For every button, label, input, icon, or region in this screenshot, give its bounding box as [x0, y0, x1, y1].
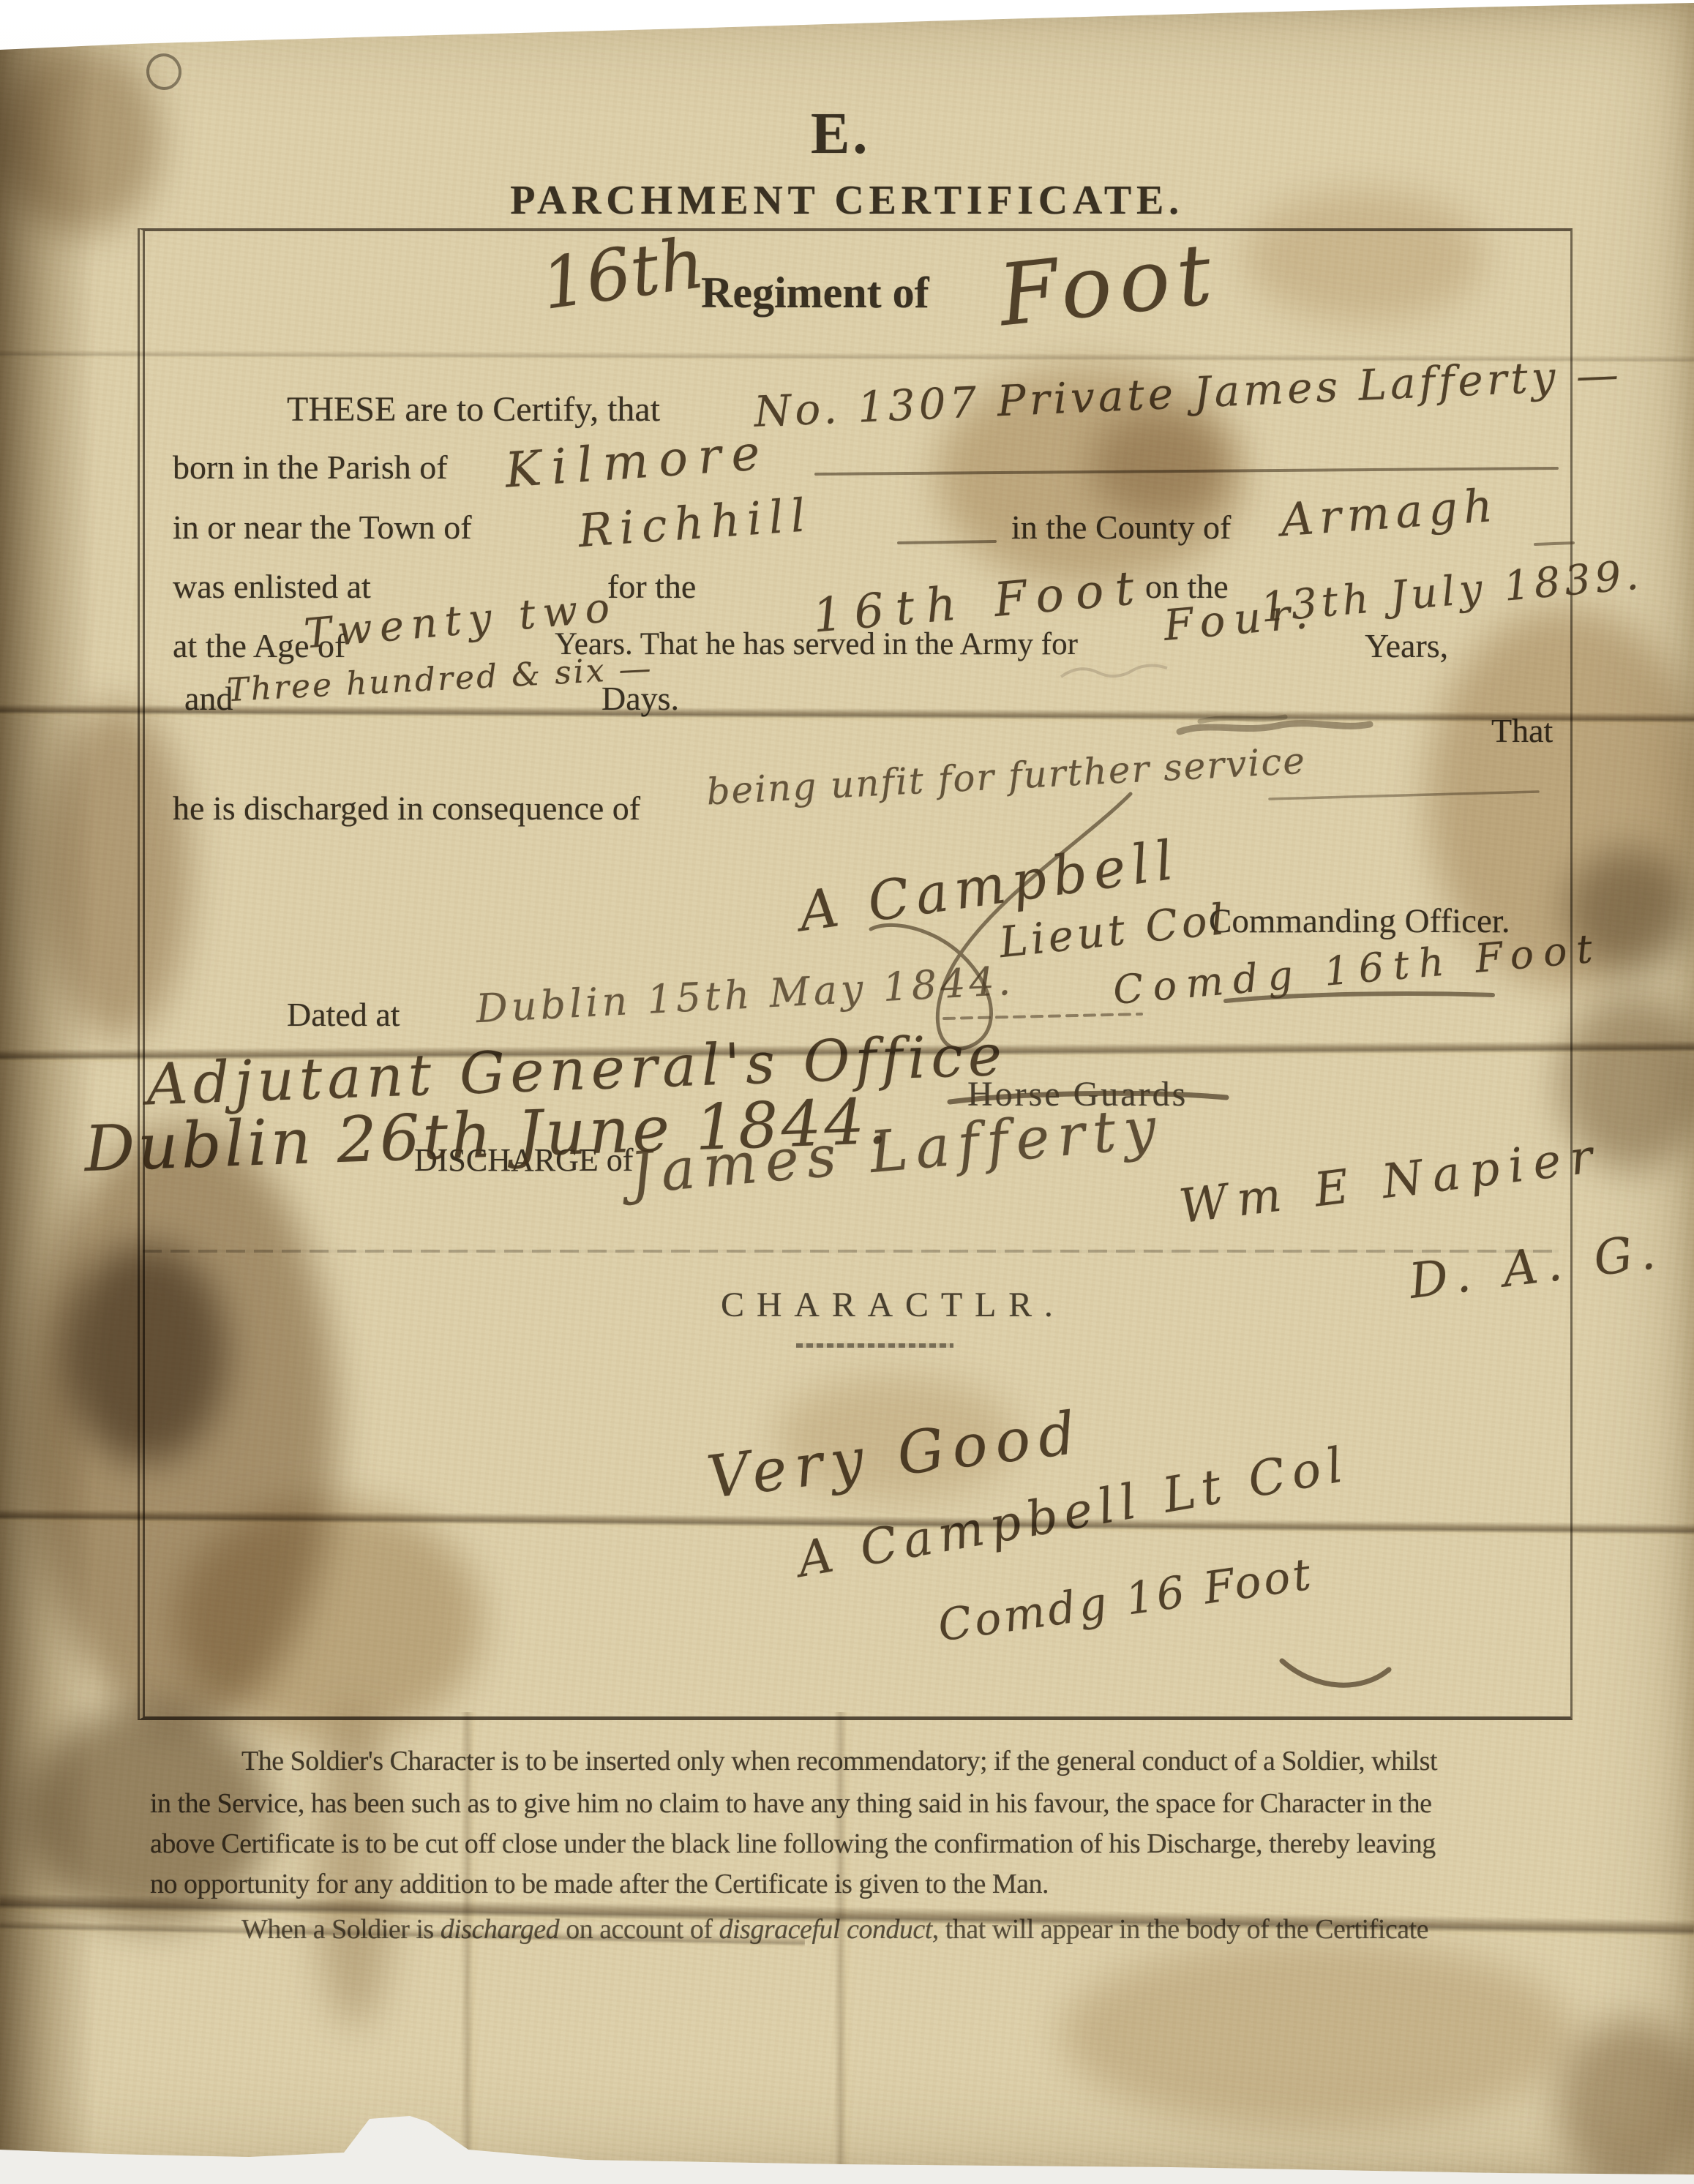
punch-hole: [144, 51, 184, 92]
scanned-certificate-page: E. PARCHMENT CERTIFICATE. Regiment of TH…: [0, 0, 1694, 2184]
dated-at-label: Dated at: [287, 995, 400, 1034]
footer-line-1: The Soldier's Character is to be inserte…: [241, 1745, 1437, 1777]
note-mid: on account of: [559, 1914, 719, 1945]
years-label: Years,: [1365, 626, 1448, 665]
footer-line-2: in the Service, has been such as to give…: [150, 1787, 1431, 1820]
commanding-officer-label: Commanding Officer.: [1209, 901, 1510, 941]
character-heading: CHARACTLR.: [721, 1285, 1065, 1325]
stain-corner-top-left: [0, 44, 161, 234]
enlisted-label: was enlisted at: [173, 567, 371, 606]
confirmation-rule: [143, 1250, 1559, 1253]
note-italic-disgraceful: disgraceful conduct: [719, 1914, 932, 1945]
stain-corner-bottom-right: [1559, 2019, 1694, 2184]
note-post: , that will appear in the body of the Ce…: [932, 1914, 1428, 1945]
that-label: That: [1491, 711, 1553, 750]
character-heading-rule: [796, 1343, 953, 1348]
town-label: in or near the Town of: [173, 508, 472, 547]
parish-label: born in the Parish of: [173, 448, 448, 487]
regiment-of-label: Regiment of: [701, 268, 929, 318]
county-label: in the County of: [1011, 508, 1231, 547]
parchment-sheet: E. PARCHMENT CERTIFICATE. Regiment of TH…: [0, 0, 1694, 2184]
left-edge-darkening: [0, 0, 95, 2184]
note-italic-discharged: discharged: [441, 1914, 559, 1945]
vertical-crease-1: [461, 1712, 480, 2184]
and-label: and: [184, 679, 233, 718]
for-the-label: for the: [607, 567, 696, 606]
footer-line-3: above Certificate is to be cut off close…: [150, 1828, 1436, 1860]
form-letter: E.: [811, 101, 870, 168]
vertical-crease-2: [834, 1712, 853, 2184]
document-title: PARCHMENT CERTIFICATE.: [510, 177, 1184, 224]
note-pre: When a Soldier is: [241, 1914, 441, 1945]
footer-line-4: no opportunity for any addition to be ma…: [150, 1868, 1049, 1900]
footer-note-line: When a Soldier is discharged on account …: [241, 1913, 1428, 1945]
discharged-label: he is discharged in consequence of: [173, 789, 640, 828]
stain-bottom-right: [1061, 1939, 1573, 2129]
certify-label: THESE are to Certify, that: [287, 389, 660, 429]
